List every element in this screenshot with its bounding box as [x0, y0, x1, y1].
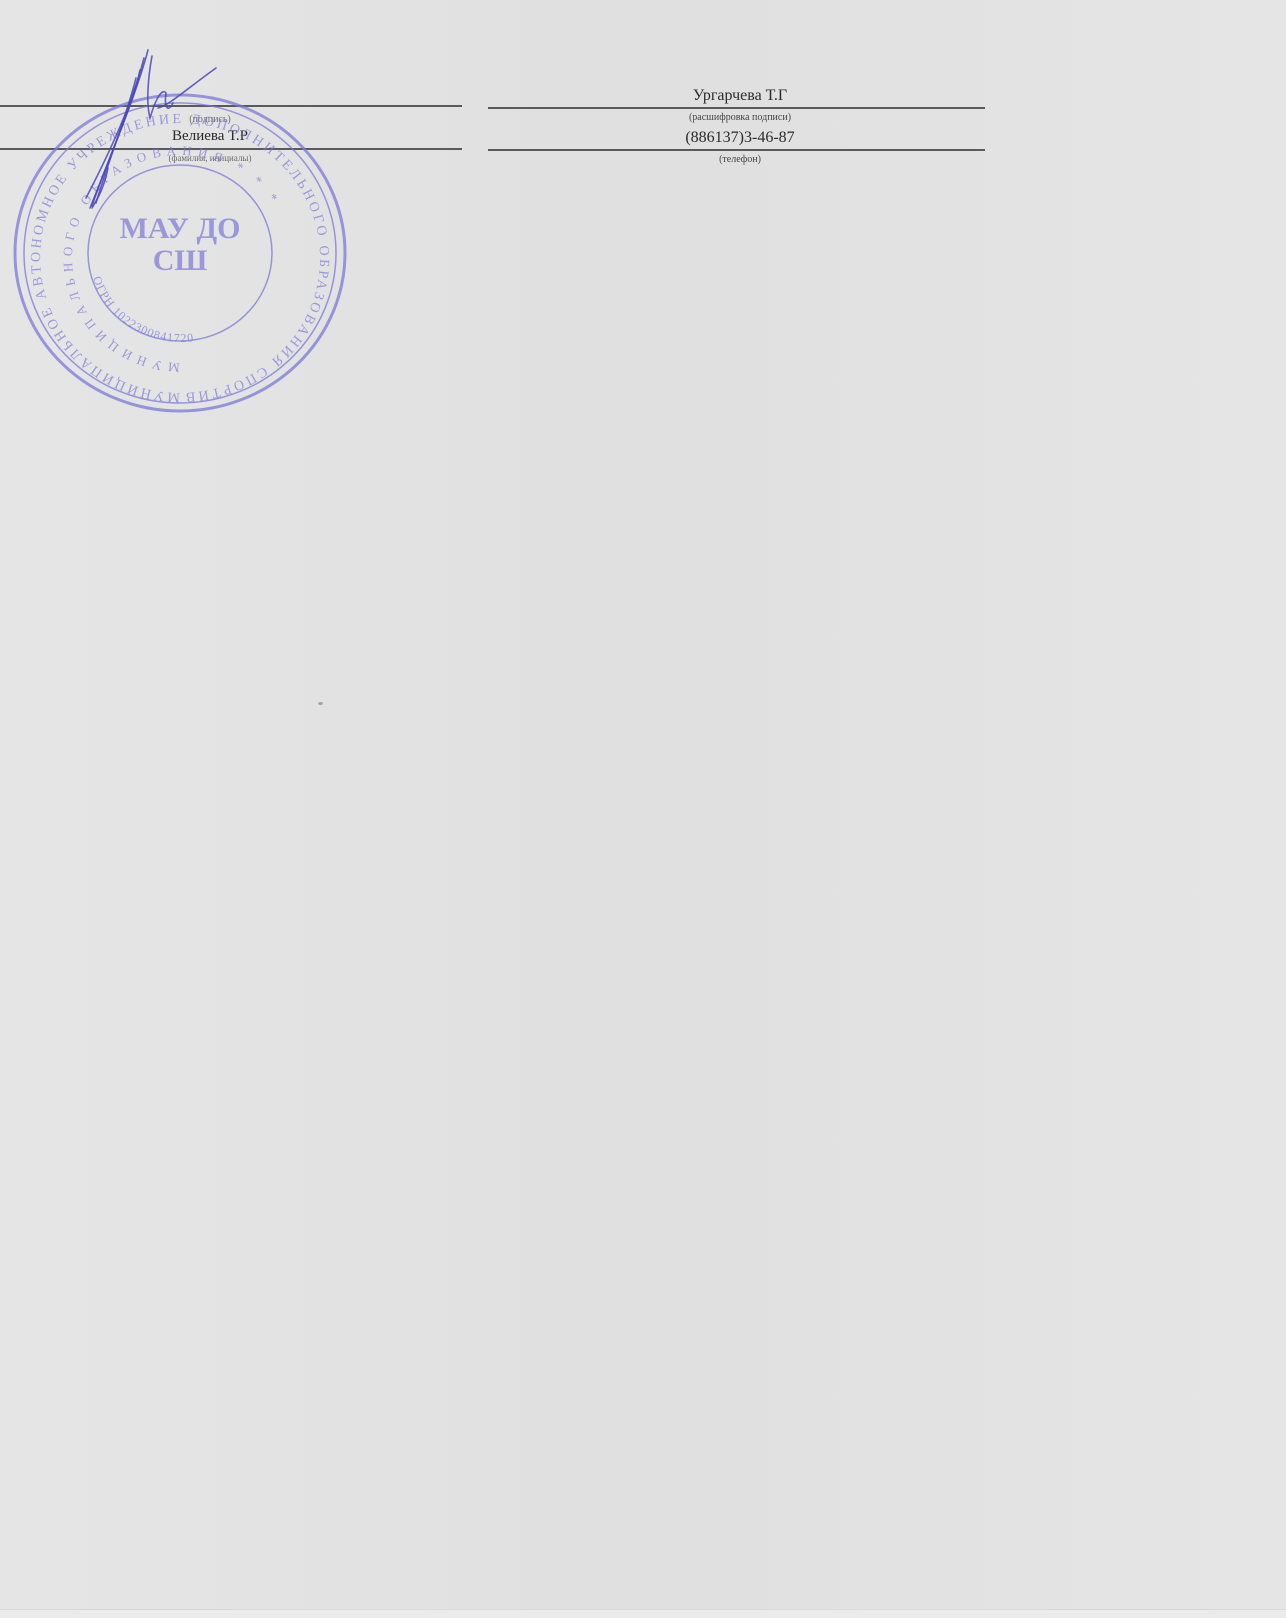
svg-text:ОГРН 1022300841720: ОГРН 1022300841720	[90, 274, 195, 345]
signature-caption: (подпись)	[150, 114, 270, 125]
executor-name-caption: (расшифровка подписи)	[640, 112, 840, 123]
executor-name-line	[488, 107, 985, 109]
page-bottom-edge	[0, 1609, 1286, 1618]
svg-text:МУНИЦИПАЛЬНОГО ОБРАЗОВАНИЯ * *: МУНИЦИПАЛЬНОГО ОБРАЗОВАНИЯ * * *	[60, 143, 284, 376]
scan-speck	[318, 702, 323, 705]
svg-text:МАУ ДО: МАУ ДО	[120, 212, 241, 245]
name-caption: (фамилия, инициалы)	[130, 153, 290, 163]
svg-text:СШ: СШ	[153, 244, 208, 277]
name-line	[0, 148, 462, 150]
phone-caption: (телефон)	[640, 154, 840, 165]
scanned-page: (подпись) Велиева Т.Р (фамилия, инициалы…	[0, 0, 1286, 1618]
phone-number: (886137)3-46-87	[640, 129, 840, 147]
signer-name: Велиева Т.Р	[130, 128, 290, 145]
phone-line	[488, 149, 985, 151]
executor-name: Ургарчева Т.Г	[640, 87, 840, 105]
signature-line	[0, 105, 462, 107]
